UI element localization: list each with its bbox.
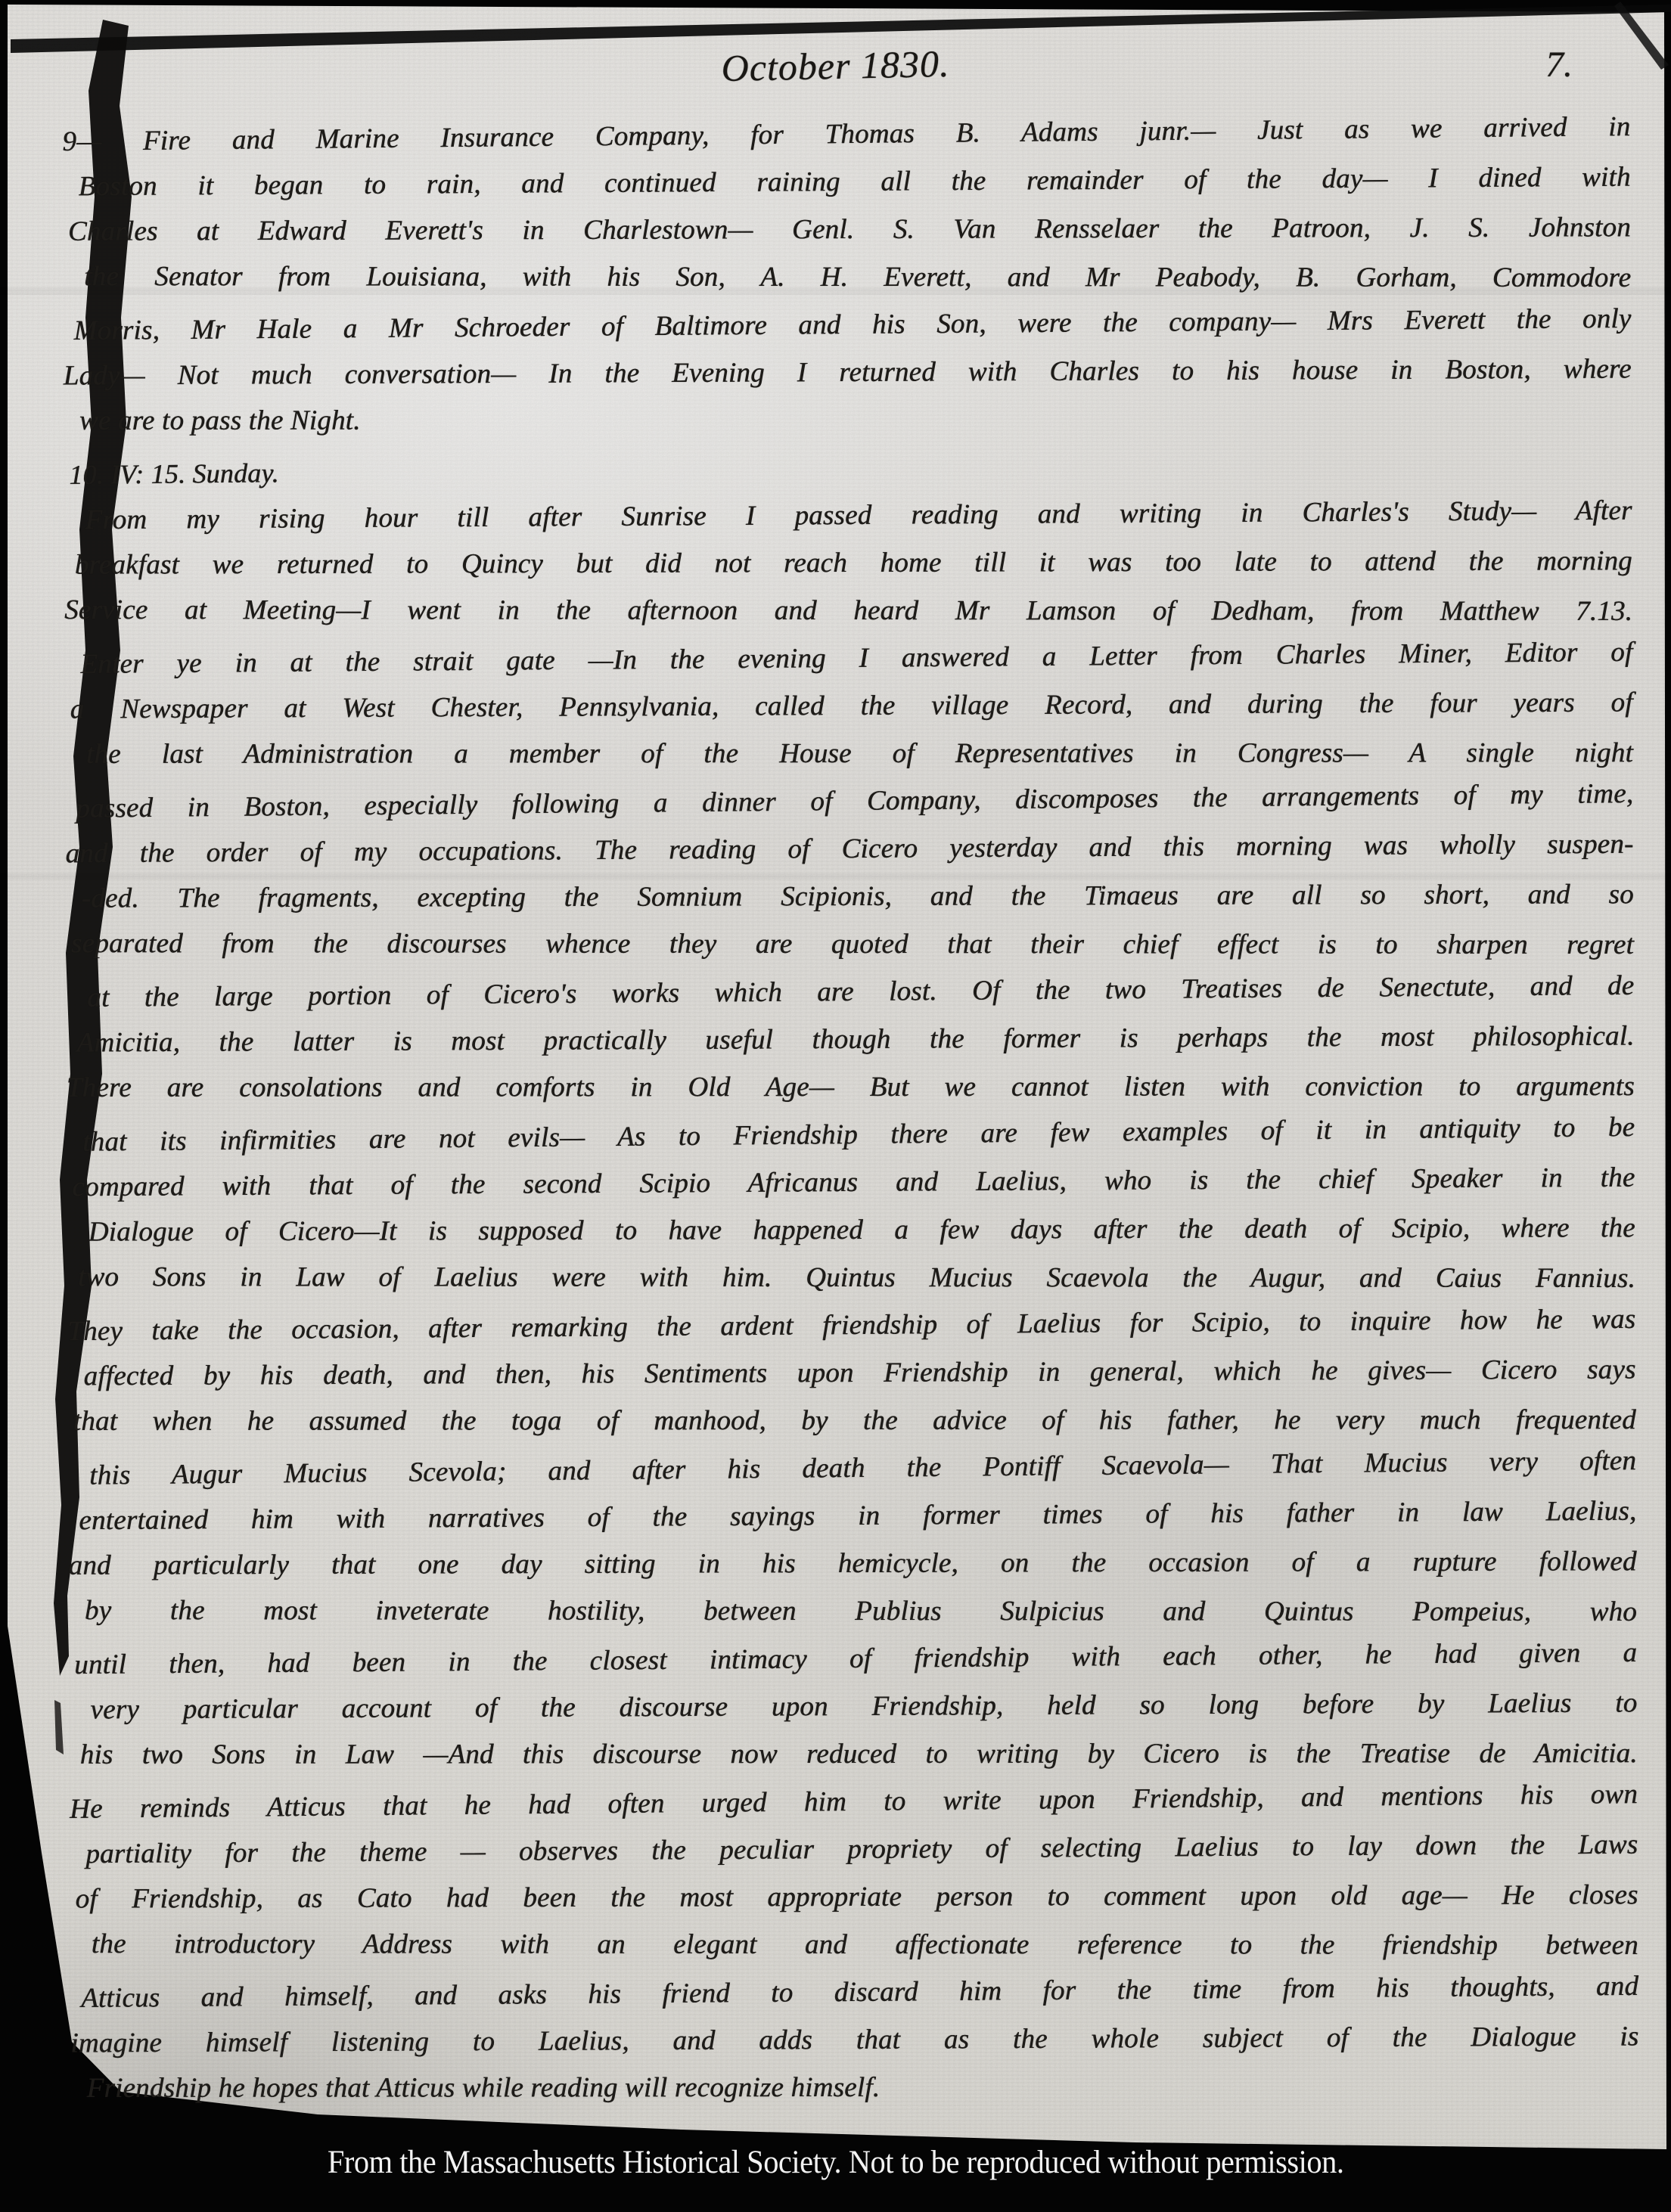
manuscript-line: compared with that of the second Scipio … <box>67 1154 1635 1211</box>
manuscript-line: -ded. The fragments, excepting the Somni… <box>66 870 1634 922</box>
manuscript-line: of Friendship, as Cato had been the most… <box>70 1871 1638 1922</box>
page-number: 7. <box>1545 44 1573 85</box>
manuscript-line: by the most inveterate hostility, betwee… <box>69 1587 1637 1636</box>
manuscript-line: the last Administration a member of the … <box>65 729 1633 778</box>
manuscript-line: breakfast we returned to Quincy but did … <box>64 537 1632 588</box>
manuscript-line: and particularly that one day sitting in… <box>69 1537 1637 1589</box>
manuscript-line: Boston it began to rain, and continued r… <box>62 154 1630 211</box>
manuscript-line: a Newspaper at West Chester, Pennsylvani… <box>65 678 1633 733</box>
manuscript-line: Lady— Not much conversation— In the Even… <box>64 345 1632 399</box>
manuscript-line: his two Sons in Law —And this discourse … <box>70 1730 1638 1779</box>
manuscript-line: From my rising hour till after Sunrise I… <box>64 487 1632 544</box>
manuscript-line: Charles at Edward Everett's in Charlesto… <box>63 203 1631 255</box>
manuscript-line: entertained him with narratives of the s… <box>68 1488 1636 1545</box>
manuscript-line: the introductory Address with an elegant… <box>70 1920 1638 1969</box>
manuscript-line: Friendship he hopes that Atticus while r… <box>71 2063 1639 2112</box>
manuscript-line: the Senator from Louisiana, with his Son… <box>63 253 1631 302</box>
manuscript-line: affected by his death, and then, his Sen… <box>67 1345 1635 1400</box>
manuscript-line: and the order of my occupations. The rea… <box>65 821 1633 878</box>
manuscript-line: that when he assumed the toga of manhood… <box>68 1396 1636 1445</box>
manuscript-line: There are consolations and comforts in O… <box>67 1063 1635 1112</box>
manuscript-line: Dialogue of Cicero—It is supposed to hav… <box>67 1204 1635 1255</box>
manuscript-body: 9— Fire and Marine Insurance Company, fo… <box>62 107 1639 2114</box>
manuscript-line: imagine himself listening to Laelius, an… <box>70 2012 1638 2067</box>
manuscript-line: partiality for the theme — observes the … <box>70 1821 1638 1878</box>
scanned-manuscript-page: October 1830. 7. 9— Fire and Marine Insu… <box>0 0 1671 2212</box>
manuscript-line: two Sons in Law of Laelius were with him… <box>67 1253 1635 1302</box>
manuscript-line: Amicitia, the latter is most practically… <box>66 1012 1634 1066</box>
manuscript-line: we are to pass the Night. <box>64 396 1632 445</box>
footer-band: From the Massachusetts Historical Societ… <box>0 2112 1671 2212</box>
manuscript-line: separated from the discourses whence the… <box>66 920 1634 969</box>
manuscript-line: very particular account of the discourse… <box>69 1679 1637 1733</box>
footer-credit-text: From the Massachusetts Historical Societ… <box>328 2144 1344 2181</box>
manuscript-line: Service at Meeting—I went in the afterno… <box>64 586 1632 635</box>
